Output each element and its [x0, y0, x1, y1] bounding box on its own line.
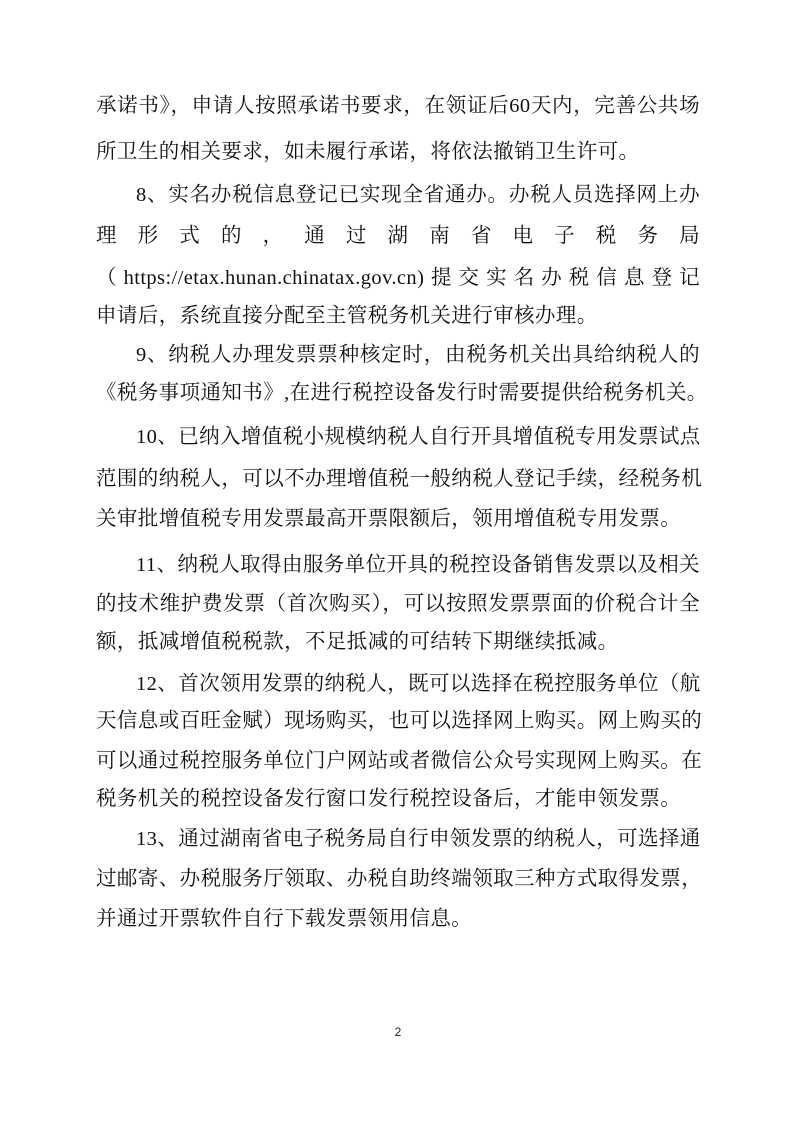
text-line: 9、纳税人办理发票票种核定时，由税务机关出具给纳税人的 — [136, 342, 700, 368]
text-line: 可以通过税控服务单位门户网站或者微信公众号实现网上购买。在 — [96, 748, 700, 774]
text-line: 关审批增值税专用发票最高开票限额后，领用增值税专用发票。 — [96, 506, 700, 532]
text-line: 12、首次领用发票的纳税人，既可以选择在税控服务单位（航 — [136, 671, 700, 697]
page-number: 2 — [376, 1024, 420, 1040]
text-line: 10、已纳入增值税小规模纳税人自行开具增值税专用发票试点 — [136, 424, 700, 450]
text-line: 理形式的，通过湖南省电子税务局 — [96, 223, 700, 249]
text-line: 11、纳税人取得由服务单位开具的税控设备销售发票以及相关 — [136, 552, 700, 578]
text-line: 13、通过湖南省电子税务局自行申领发票的纳税人，可选择通 — [136, 826, 700, 852]
text-line: 额，抵减增值税税款，不足抵减的可结转下期继续抵减。 — [96, 629, 700, 655]
text-line: 过邮寄、办税服务厅领取、办税自助终端领取三种方式取得发票， — [96, 866, 700, 892]
text-line: 的技术维护费发票（首次购买），可以按照发票票面的价税合计全 — [96, 591, 700, 617]
text-line: 天信息或百旺金赋）现场购买，也可以选择网上购买。网上购买的 — [96, 708, 700, 734]
text-line: 范围的纳税人，可以不办理增值税一般纳税人登记手续，经税务机 — [96, 466, 700, 492]
text-line: 申请后，系统直接分配至主管税务机关进行审核办理。 — [96, 303, 700, 329]
text-line: 并通过开票软件自行下载发票领用信息。 — [96, 906, 700, 932]
text-line: 《税务事项通知书》,在进行税控设备发行时需要提供给税务机关。 — [96, 380, 700, 406]
text-line: 承诺书》，申请人按照承诺书要求，在领证后60天内，完善公共场 — [96, 93, 700, 119]
text-line: 税务机关的税控设备发行窗口发行税控设备后，才能申领发票。 — [96, 786, 700, 812]
text-line: 所卫生的相关要求，如未履行承诺，将依法撤销卫生许可。 — [96, 139, 700, 165]
document-page: 承诺书》，申请人按照承诺书要求，在领证后60天内，完善公共场 所卫生的相关要求，… — [0, 0, 793, 1122]
text-line-with-url: （https://etax.hunan.chinatax.gov.cn)提交实名… — [96, 265, 700, 291]
text-line: 8、实名办税信息登记已实现全省通办。办税人员选择网上办 — [136, 182, 700, 208]
